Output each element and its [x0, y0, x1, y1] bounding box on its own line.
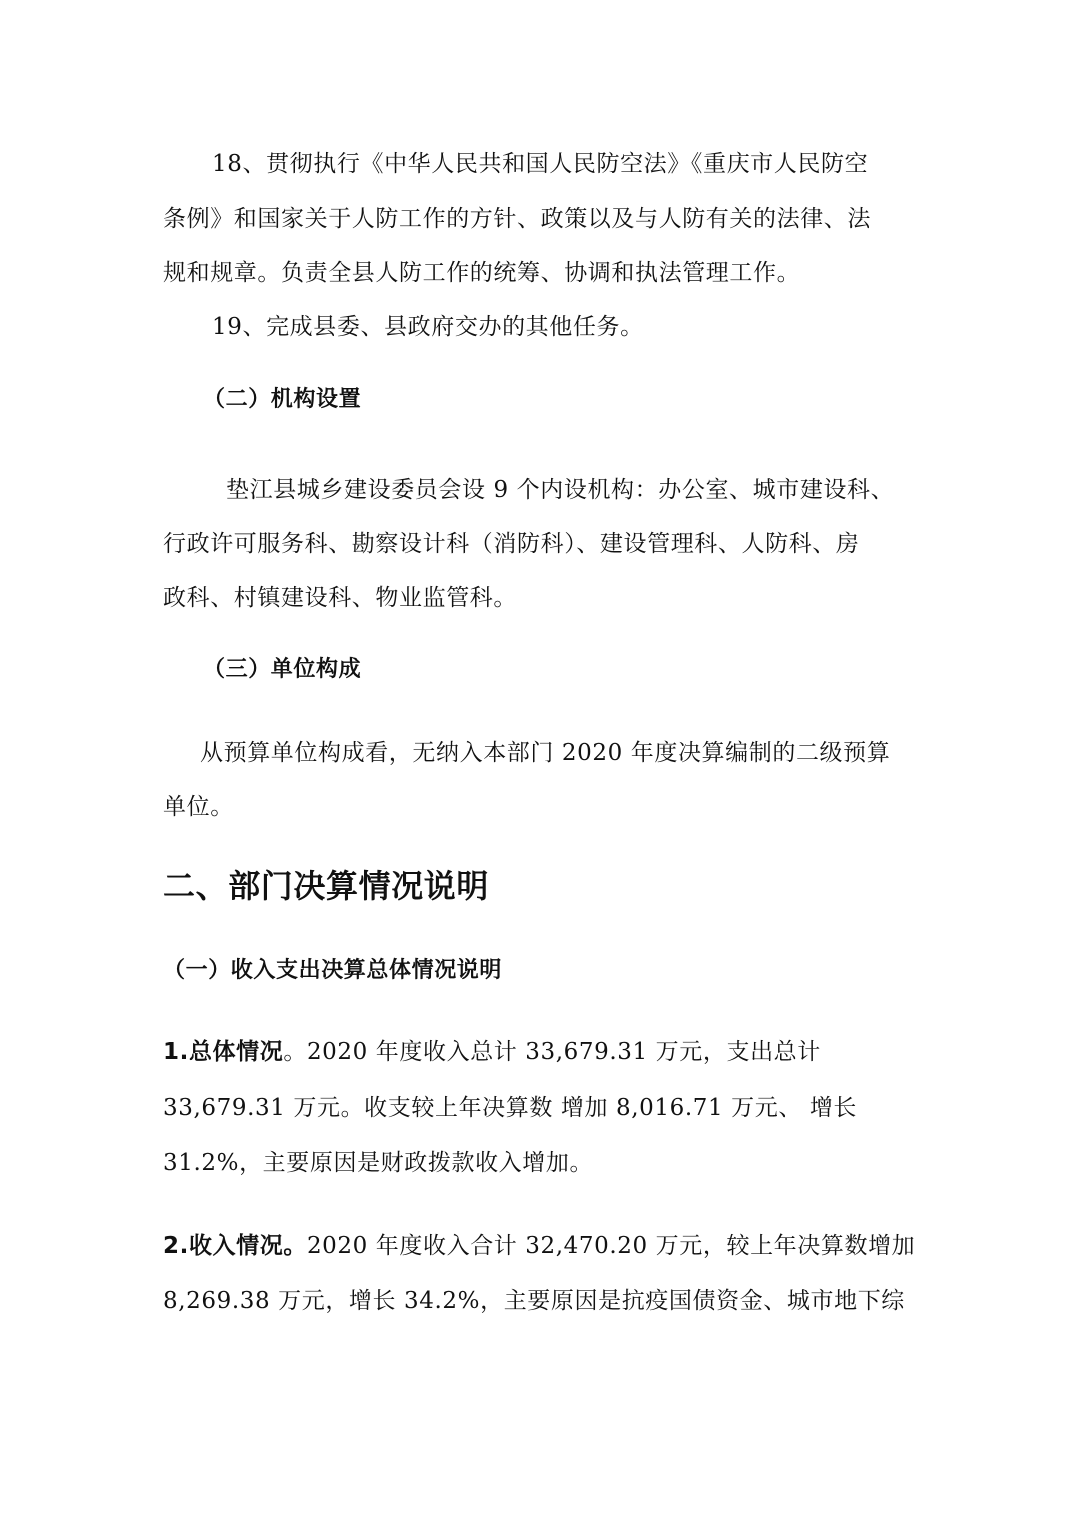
units-line-2: 单位。: [163, 792, 234, 822]
overall-label: 1.总体情况: [163, 1039, 283, 1065]
overall-line-1: 1.总体情况。2020 年度收入总计 33,679.31 万元，支出总计: [163, 1037, 821, 1067]
overall-line-3: 31.2%，主要原因是财政拨款收入增加。: [163, 1148, 593, 1178]
item-18-line-2: 条例》和国家关于人防工作的方针、政策以及与人防有关的法律、法: [163, 204, 871, 234]
income-label: 2.收入情况。: [163, 1233, 307, 1259]
org-line-2: 行政许可服务科、勘察设计科（消防科）、建设管理科、人防科、房: [163, 529, 860, 559]
overall-text-1: 。2020 年度收入总计 33,679.31 万元，支出总计: [283, 1039, 821, 1065]
subheading-overall: （一）收入支出决算总体情况说明: [163, 956, 502, 986]
income-text-1: 2020 年度收入合计 32,470.20 万元，较上年决算数增加: [307, 1233, 915, 1259]
section-heading-org: （二）机构设置: [203, 385, 361, 415]
income-line-1: 2.收入情况。2020 年度收入合计 32,470.20 万元，较上年决算数增加: [163, 1231, 915, 1261]
org-line-1: 垫江县城乡建设委员会设 9 个内设机构：办公室、城市建设科、: [226, 475, 894, 505]
item-18-line-1: 18、贯彻执行《中华人民共和国人民防空法》《重庆市人民防空: [212, 149, 868, 179]
section-heading-units: （三）单位构成: [203, 655, 361, 685]
overall-line-2: 33,679.31 万元。收支较上年决算数 增加 8,016.71 万元、 增长: [163, 1093, 857, 1123]
item-18-line-3: 规和规章。负责全县人防工作的统筹、协调和执法管理工作。: [163, 258, 800, 288]
units-line-1: 从预算单位构成看，无纳入本部门 2020 年度决算编制的二级预算: [200, 738, 890, 768]
item-19: 19、完成县委、县政府交办的其他任务。: [212, 312, 644, 342]
org-line-3: 政科、村镇建设科、物业监管科。: [163, 583, 517, 613]
chapter-heading: 二、部门决算情况说明: [163, 866, 489, 906]
income-line-2: 8,269.38 万元，增长 34.2%，主要原因是抗疫国债资金、城市地下综: [163, 1286, 905, 1316]
